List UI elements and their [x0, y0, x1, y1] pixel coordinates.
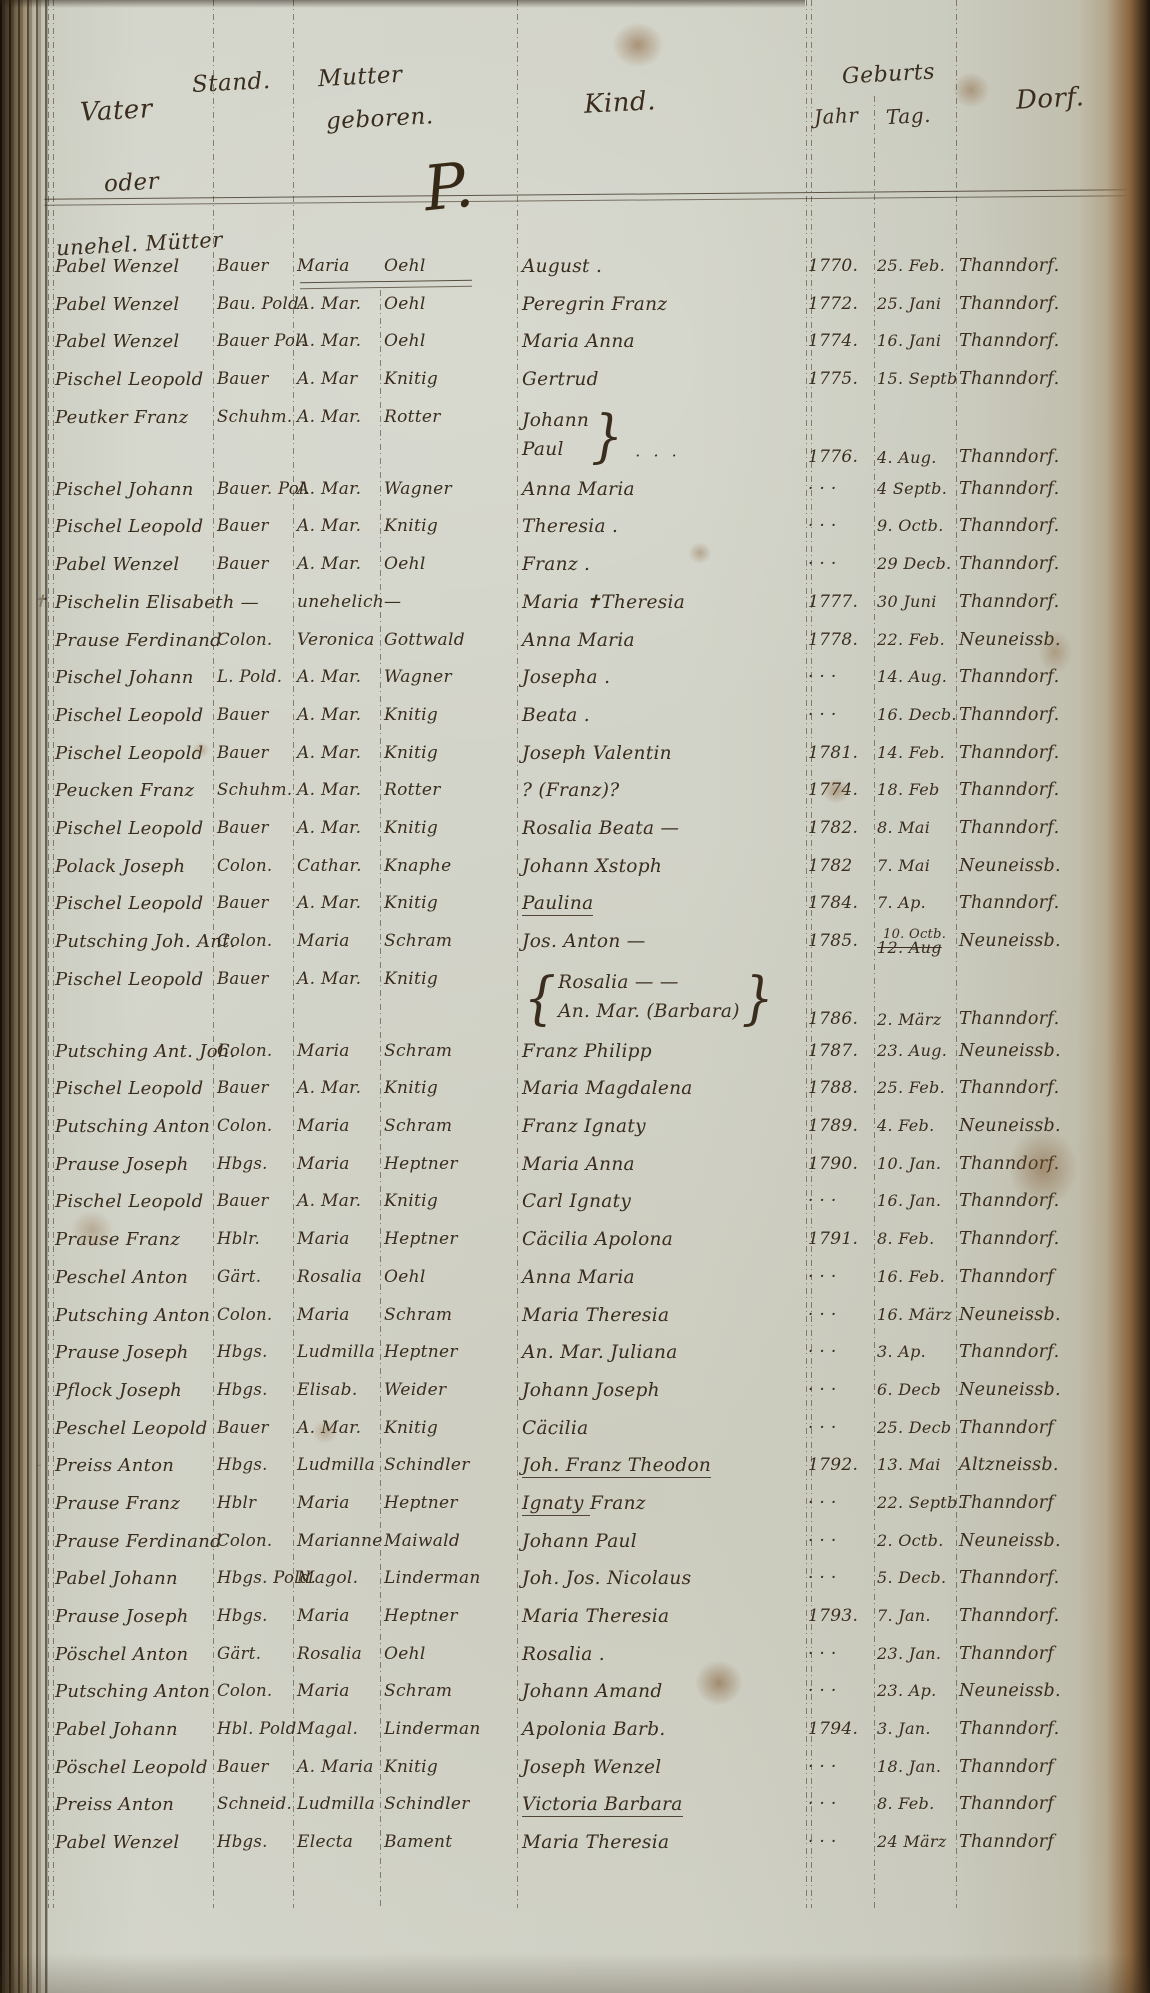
mother-maiden-cell: Linderman [384, 1568, 512, 1588]
mother-first-cell: Magol. [297, 1568, 377, 1588]
register-row: Pischel LeopoldBauerA. MarKnitigGertrud1… [0, 365, 1150, 403]
year-cell: 1785. [808, 931, 872, 951]
stand-cell: Bauer [217, 818, 291, 837]
father-cell: Prause Joseph [55, 1154, 210, 1175]
child-name: An. Mar. (Barbara) [558, 998, 740, 1027]
mother-first-cell: Cathar. [297, 856, 377, 876]
ditto-dots: · · · [635, 446, 680, 465]
register-row: Prause FranzHblrMariaHeptnerIgnaty Franz… [0, 1489, 1150, 1527]
child-cell: Anna Maria [522, 630, 802, 651]
child-name: Rosalia . [522, 1644, 605, 1665]
day-cell: 18. Feb [877, 780, 954, 799]
header-child: Kind. [583, 86, 656, 120]
stand-cell: Bau. Pold. [217, 294, 291, 313]
mother-first-cell: Maria [297, 931, 377, 951]
register-row: Peutker FranzSchuhm.A. Mar.RotterJohannP… [0, 403, 1150, 475]
child-cell: Theresia . [522, 516, 802, 537]
father-cell: Pöschel Leopold [55, 1757, 210, 1778]
register-row: Putsching Joh. Ant.Colon.MariaSchramJos.… [0, 927, 1150, 965]
twin-brace-left: { [524, 964, 556, 1031]
header-rule [44, 189, 1126, 205]
mother-first-cell: Maria [297, 1305, 377, 1325]
child-cell: Franz . [522, 554, 802, 575]
mother-first-cell: Rosalia [297, 1644, 377, 1664]
year-cell: · · · [808, 1380, 872, 1400]
year-cell: 1786. [808, 1009, 872, 1029]
day-cell: 24 März [877, 1832, 954, 1851]
year-cell: · · · [808, 1267, 872, 1287]
child-cell: Rosalia Beata — [522, 818, 802, 839]
child-name: Joseph Wenzel [522, 1757, 662, 1778]
year-cell: 1774. [808, 780, 872, 800]
register-row: Pöschel AntonGärt.RosaliaOehlRosalia .· … [0, 1640, 1150, 1678]
mother-first-cell: Ludmilla [297, 1342, 377, 1362]
father-cell: Pabel Wenzel [55, 294, 210, 315]
year-cell: · · · [808, 554, 872, 574]
register-row: Pflock JosephHbgs.Elisab.WeiderJohann Jo… [0, 1376, 1150, 1414]
mother-first-cell: unehelich [297, 592, 377, 612]
father-cell: Prause Joseph [55, 1342, 210, 1363]
register-row: Pischel LeopoldBauerA. Mar.KnitigTheresi… [0, 512, 1150, 550]
mother-maiden-cell: Oehl [384, 554, 512, 574]
stand-cell: Bauer Pol. [217, 331, 291, 350]
mother-first-cell: A. Maria [297, 1757, 377, 1777]
day-cell: 29 Decb. [877, 554, 954, 573]
father-cell: Pabel Wenzel [55, 331, 210, 352]
stand-cell: Gärt. [217, 1267, 291, 1286]
register-row: Pischel LeopoldBauerA. Mar.KnitigBeata .… [0, 701, 1150, 739]
child-cell: Victoria Barbara [522, 1794, 802, 1815]
child-name: Ignaty [522, 1493, 590, 1516]
year-cell: 1770. [808, 256, 872, 276]
mother-first-cell: Magal. [297, 1719, 377, 1739]
father-cell: Pischel Leopold [55, 516, 210, 537]
mother-first-cell: A. Mar. [297, 743, 377, 763]
day-cell: 3. Ap. [877, 1342, 954, 1361]
father-cell: Preiss Anton [55, 1794, 210, 1815]
child-cell: Johann Paul [522, 1531, 802, 1552]
mother-maiden-cell: Knitig [384, 516, 512, 536]
mother-first-cell: Electa [297, 1832, 377, 1852]
child-name: Victoria Barbara [522, 1794, 683, 1817]
register-row: Pabel WenzelBau. Pold.A. Mar.OehlPeregri… [0, 290, 1150, 328]
mother-first-cell: A. Mar. [297, 969, 377, 989]
child-cell: Anna Maria [522, 1267, 802, 1288]
child-cell: Johann Joseph [522, 1380, 802, 1401]
register-row: Pabel JohannHbl. Pold.Magal.LindermanApo… [0, 1715, 1150, 1753]
child-cell: Joh. Franz Theodon [522, 1455, 802, 1476]
register-row: Putsching AntonColon.MariaSchramJohann A… [0, 1677, 1150, 1715]
mother-maiden-cell: Wagner [384, 479, 512, 499]
twin-names: Rosalia — —An. Mar. (Barbara) [558, 969, 740, 1026]
stand-cell: Hblr [217, 1493, 291, 1512]
child-name: Paul [522, 436, 589, 465]
mother-maiden-cell: Knitig [384, 969, 512, 989]
father-cell: Putsching Ant. Joh. [55, 1041, 210, 1062]
stand-cell: Bauer [217, 1757, 291, 1776]
day-cell: 9. Octb. [877, 516, 954, 535]
child-name: Maria Anna [522, 1154, 635, 1175]
mother-first-cell: A. Mar. [297, 554, 377, 574]
day-cell: 10. Jan. [877, 1154, 954, 1173]
father-cell: Pabel Wenzel [55, 256, 210, 277]
day-cell: 14. Aug. [877, 667, 954, 686]
child-name: Joseph Valentin [522, 743, 672, 764]
child-name: Franz Philipp [522, 1041, 652, 1062]
day-cell: 16. Jan. [877, 1191, 954, 1210]
child-cell: Maria Theresia [522, 1305, 802, 1326]
father-cell: ✝Pischelin Elisabeth — [55, 592, 210, 613]
day-cell: 6. Decb [877, 1380, 954, 1399]
day-cell: 16. Jani [877, 331, 954, 350]
stand-cell: Bauer [217, 554, 291, 573]
mother-first-cell: A. Mar. [297, 294, 377, 314]
child-name: Jos. Anton — [522, 931, 646, 952]
mother-first-cell: A. Mar. [297, 893, 377, 913]
register-row: Pischel JohannBauer. Pol.A. Mar.WagnerAn… [0, 475, 1150, 513]
stand-cell: Schuhm. [217, 780, 291, 799]
child-cell: August . [522, 256, 802, 277]
father-cell: Peschel Anton [55, 1267, 210, 1288]
mother-maiden-cell: Knitig [384, 818, 512, 838]
day-struck: 12. Aug [877, 938, 942, 957]
mother-maiden-cell: Schindler [384, 1794, 512, 1814]
mother-first-cell: Maria [297, 1606, 377, 1626]
child-cell: Jos. Anton — [522, 931, 802, 952]
header-mother-nee: geboren. [325, 103, 434, 135]
child-cell: Maria Theresia [522, 1832, 802, 1853]
stand-cell: Colon. [217, 1041, 291, 1060]
stand-cell: Colon. [217, 1116, 291, 1135]
paper-stain [952, 72, 990, 108]
stand-cell: Bauer [217, 1191, 291, 1210]
child-cell: Beata . [522, 705, 802, 726]
child-name: Johann [522, 407, 589, 436]
stand-cell: Bauer [217, 705, 291, 724]
mother-maiden-cell: Knitig [384, 893, 512, 913]
register-row: Pischel LeopoldBauerA. Mar.KnitigMaria M… [0, 1074, 1150, 1112]
mother-maiden-cell: Rotter [384, 407, 512, 427]
day-cell: 4. Aug. [877, 448, 954, 467]
child-name: Rosalia — — [558, 969, 740, 998]
mother-maiden-cell: — [384, 592, 512, 612]
stand-cell: Hbl. Pold. [217, 1719, 291, 1738]
father-cell: Pischel Leopold [55, 818, 210, 839]
mother-maiden-cell: Heptner [384, 1606, 512, 1626]
mother-maiden-cell: Knitig [384, 1191, 512, 1211]
year-cell: 1791. [808, 1229, 872, 1249]
day-cell: 25. Jani [877, 294, 954, 313]
day-cell: 7. Jan. [877, 1606, 954, 1625]
mother-maiden-cell: Knaphe [384, 856, 512, 876]
year-cell: · · · [808, 1757, 872, 1777]
year-cell: 1789. [808, 1116, 872, 1136]
father-cell: Pischel Leopold [55, 1078, 210, 1099]
child-name: Maria Theresia [522, 1305, 669, 1326]
mother-first-cell: Maria [297, 1116, 377, 1136]
mother-maiden-cell: Schram [384, 1681, 512, 1701]
day-cell: 25. Feb. [877, 1078, 954, 1097]
register-row: Pischel LeopoldBauerA. Mar.KnitigCarl Ig… [0, 1187, 1150, 1225]
stand-cell: Bauer. Pol. [217, 479, 291, 498]
stand-cell: Bauer [217, 369, 291, 388]
year-cell: 1787. [808, 1041, 872, 1061]
mother-maiden-cell: Schram [384, 1041, 512, 1061]
child-name: Joh. Jos. Nicolaus [522, 1568, 691, 1589]
mother-first-cell: A. Mar. [297, 1191, 377, 1211]
child-name: Paulina [522, 893, 593, 916]
day-cell: 16. Decb. [877, 705, 954, 724]
stand-cell: Hbgs. [217, 1606, 291, 1625]
child-name: Theresia . [522, 516, 618, 537]
mother-first-cell: Maria [297, 256, 377, 276]
child-name: Maria Theresia [522, 1606, 669, 1627]
mother-first-cell: A. Mar. [297, 331, 377, 351]
register-row: Pabel JohannHbgs. Pold.Magol.LindermanJo… [0, 1564, 1150, 1602]
father-cell: Pabel Johann [55, 1719, 210, 1740]
register-row: Pabel WenzelBauerA. Mar.OehlFranz .· · ·… [0, 550, 1150, 588]
mother-first-cell: Rosalia [297, 1267, 377, 1287]
mother-maiden-cell: Oehl [384, 256, 512, 276]
stand-cell: Hbgs. [217, 1455, 291, 1474]
mother-maiden-cell: Bament [384, 1832, 512, 1852]
stand-cell: Colon. [217, 931, 291, 950]
mother-maiden-cell: Knitig [384, 743, 512, 763]
stand-cell: Bauer [217, 256, 291, 275]
child-cell: Ignaty Franz [522, 1493, 802, 1514]
year-cell: · · · [808, 1681, 872, 1701]
header-village: Dorf. [1015, 82, 1085, 116]
mother-maiden-cell: Oehl [384, 1644, 512, 1664]
stand-cell: Bauer [217, 969, 291, 988]
child-name: Maria Theresia [522, 1832, 669, 1853]
day-cell: 8. Feb. [877, 1794, 954, 1813]
mother-first-cell: A. Mar. [297, 1418, 377, 1438]
stand-cell: Colon. [217, 1531, 291, 1550]
day-cell: 13. Mai [877, 1455, 954, 1474]
year-cell: · · · [808, 1342, 872, 1362]
child-name: Franz Ignaty [522, 1116, 646, 1137]
father-cell: Pischel Leopold [55, 969, 210, 990]
header-father: Vater [79, 94, 153, 128]
twin-brace-right: } [591, 402, 623, 469]
mother-maiden-cell: Wagner [384, 667, 512, 687]
mother-maiden-cell: Knitig [384, 1757, 512, 1777]
page-edge-top [0, 0, 805, 8]
register-row: Pabel WenzelBauer Pol.A. Mar.OehlMaria A… [0, 327, 1150, 365]
year-cell: 1774. [808, 331, 872, 351]
day-cell: 22. Feb. [877, 630, 954, 649]
mother-first-cell: Marianne [297, 1531, 377, 1551]
stand-cell: Hbgs. [217, 1380, 291, 1399]
mother-first-cell: A. Mar. [297, 516, 377, 536]
mother-first-cell: Elisab. [297, 1380, 377, 1400]
mother-maiden-cell: Schram [384, 931, 512, 951]
stand-cell: Bauer [217, 516, 291, 535]
mother-first-cell: A. Mar. [297, 705, 377, 725]
day-cell: 3. Jan. [877, 1719, 954, 1738]
mother-maiden-cell: Oehl [384, 1267, 512, 1287]
year-cell: 1772. [808, 294, 872, 314]
mother-first-cell: A. Mar. [297, 818, 377, 838]
child-cell: Johann Amand [522, 1681, 802, 1702]
mother-first-cell: Maria [297, 1041, 377, 1061]
day-cell: 4 Septb. [877, 479, 954, 498]
child-cell: Maria Anna [522, 1154, 802, 1175]
day-cell: 7. Ap. [877, 893, 954, 912]
mother-maiden-cell: Knitig [384, 1078, 512, 1098]
mother-maiden-cell: Oehl [384, 331, 512, 351]
father-cell: Prause Ferdinand [55, 630, 210, 651]
child-name: ? (Franz)? [522, 780, 620, 801]
year-cell: · · · [808, 1644, 872, 1664]
register-row: Pischel LeopoldBauerA. Mar.KnitigPaulina… [0, 889, 1150, 927]
year-cell: · · · [808, 479, 872, 499]
header-mother: Mutter [317, 62, 403, 92]
day-cell: 16. März [877, 1305, 954, 1324]
year-cell: 1793. [808, 1606, 872, 1626]
mother-maiden-cell: Schram [384, 1116, 512, 1136]
day-cell: 7. Mai [877, 856, 954, 875]
year-cell: · · · [808, 1418, 872, 1438]
mother-maiden-cell: Heptner [384, 1229, 512, 1249]
father-cell: Pischel Leopold [55, 893, 210, 914]
mother-first-cell: A. Mar. [297, 479, 377, 499]
child-cell: Joh. Jos. Nicolaus [522, 1568, 802, 1589]
mother-maiden-cell: Heptner [384, 1154, 512, 1174]
father-cell: Polack Joseph [55, 856, 210, 877]
register-row: Pischel JohannL. Pold.A. Mar.WagnerJosep… [0, 663, 1150, 701]
father-cell: Pischel Leopold [55, 705, 210, 726]
child-cell: Paulina [522, 893, 802, 914]
father-cell: Prause Joseph [55, 1606, 210, 1627]
stand-cell: Schneid. [217, 1794, 291, 1813]
year-cell: 1794. [808, 1719, 872, 1739]
day-cell: 14. Feb. [877, 743, 954, 762]
child-cell: Peregrin Franz [522, 294, 802, 315]
register-row: Prause FerdinandColon.MarianneMaiwaldJoh… [0, 1527, 1150, 1565]
register-row: Pischel LeopoldBauerA. Mar.KnitigRosalia… [0, 814, 1150, 852]
mother-maiden-cell: Knitig [384, 369, 512, 389]
register-row: Polack JosephColon.Cathar.KnapheJohann X… [0, 852, 1150, 890]
mother-maiden-cell: Heptner [384, 1493, 512, 1513]
register-page: Vater oder unehel. Mütter Stand. Mutter … [0, 0, 1150, 1993]
child-cell: Maria Theresia [522, 1606, 802, 1627]
year-cell: · · · [808, 705, 872, 725]
child-cell: Franz Philipp [522, 1041, 802, 1062]
stand-cell: Colon. [217, 856, 291, 875]
mother-first-cell: A. Mar. [297, 1078, 377, 1098]
stand-cell: Schuhm. [217, 407, 291, 426]
day-cell: 25. Decb [877, 1418, 954, 1437]
father-cell: Prause Franz [55, 1493, 210, 1514]
stand-cell: Hblr. [217, 1229, 291, 1248]
day-cell: 16. Feb. [877, 1267, 954, 1286]
year-cell: · · · [808, 1794, 872, 1814]
child-name: Rosalia Beata — [522, 818, 679, 839]
year-cell: 1775. [808, 369, 872, 389]
mother-maiden-cell: Schindler [384, 1455, 512, 1475]
stand-cell: L. Pold. [217, 667, 291, 686]
stand-cell: Hbgs. [217, 1832, 291, 1851]
child-cell: Apolonia Barb. [522, 1719, 802, 1740]
mother-first-cell: Maria [297, 1681, 377, 1701]
year-cell: 1776. [808, 447, 872, 467]
day-cell: 30 Juni [877, 592, 954, 611]
register-row: Pischel LeopoldBauerA. Mar.Knitig{Rosali… [0, 965, 1150, 1037]
child-name: Maria Magdalena [522, 1078, 693, 1099]
day-cell: 15. Septb [877, 369, 954, 388]
day-cell: 8. Mai [877, 818, 954, 837]
register-row: Pabel WenzelHbgs.ElectaBamentMaria There… [0, 1828, 1150, 1866]
day-cell: 2. März [877, 1010, 954, 1029]
day-cell: 22. Septb. [877, 1493, 954, 1512]
year-cell: 1782 [808, 856, 872, 876]
register-row: Preiss AntonSchneid.LudmillaSchindlerVic… [0, 1790, 1150, 1828]
child-cell: Johann Xstoph [522, 856, 802, 877]
register-row: Pabel WenzelBauerMariaOehlAugust .1770.2… [0, 252, 1150, 290]
child-name: Cäcilia [522, 1418, 588, 1439]
child-cell: Cäcilia [522, 1418, 802, 1439]
paper-stain [612, 22, 664, 68]
father-cell: Pischel Leopold [55, 369, 210, 390]
father-cell: Peutker Franz [55, 407, 210, 428]
child-name: Cäcilia Apolona [522, 1229, 673, 1250]
mother-maiden-cell: Knitig [384, 1418, 512, 1438]
father-cell: Pabel Johann [55, 1568, 210, 1589]
register-row: Prause FranzHblr.MariaHeptnerCäcilia Apo… [0, 1225, 1150, 1263]
day-cell: 2. Octb. [877, 1531, 954, 1550]
stand-cell: Hbgs. [217, 1154, 291, 1173]
child-cell: Joseph Valentin [522, 743, 802, 764]
child-cell: Rosalia . [522, 1644, 802, 1665]
register-row: Prause JosephHbgs.LudmillaHeptnerAn. Mar… [0, 1338, 1150, 1376]
father-cell: Pischel Leopold [55, 1191, 210, 1212]
father-cell: Peschel Leopold [55, 1418, 210, 1439]
mother-first-cell: Maria [297, 1154, 377, 1174]
child-cell: Maria Anna [522, 331, 802, 352]
stand-cell: Bauer [217, 1418, 291, 1437]
register-row: Peschel LeopoldBauerA. Mar.KnitigCäcilia… [0, 1414, 1150, 1452]
section-letter: P. [420, 148, 476, 226]
father-cell: Pischel Johann [55, 667, 210, 688]
mother-maiden-cell: Schram [384, 1305, 512, 1325]
child-cell: JohannPaul}· · · [522, 407, 802, 465]
father-cell: –Preiss Anton [55, 1455, 210, 1476]
year-cell: · · · [808, 1531, 872, 1551]
child-name: Beata . [522, 705, 590, 726]
mother-maiden-cell: Linderman [384, 1719, 512, 1739]
child-name: Anna Maria [522, 479, 635, 500]
father-cell: Prause Franz [55, 1229, 210, 1250]
child-name: Gertrud [522, 369, 599, 390]
child-name: Franz [590, 1493, 646, 1514]
twin-brace-right: } [742, 964, 774, 1031]
register-row: Pöschel LeopoldBauerA. MariaKnitigJoseph… [0, 1753, 1150, 1791]
year-cell: · · · [808, 667, 872, 687]
mother-first-cell: A. Mar. [297, 407, 377, 427]
day-cell: 25. Feb. [877, 256, 954, 275]
mother-maiden-cell: Rotter [384, 780, 512, 800]
page-edge-right [1078, 0, 1150, 1993]
mother-maiden-cell: Knitig [384, 705, 512, 725]
child-cell: Franz Ignaty [522, 1116, 802, 1137]
father-cell: Putsching Anton [55, 1305, 210, 1326]
child-name: Johann Amand [522, 1681, 663, 1702]
father-cell: Pabel Wenzel [55, 1832, 210, 1853]
day-cell: 23. Ap. [877, 1681, 954, 1700]
mother-maiden-cell: Heptner [384, 1342, 512, 1362]
